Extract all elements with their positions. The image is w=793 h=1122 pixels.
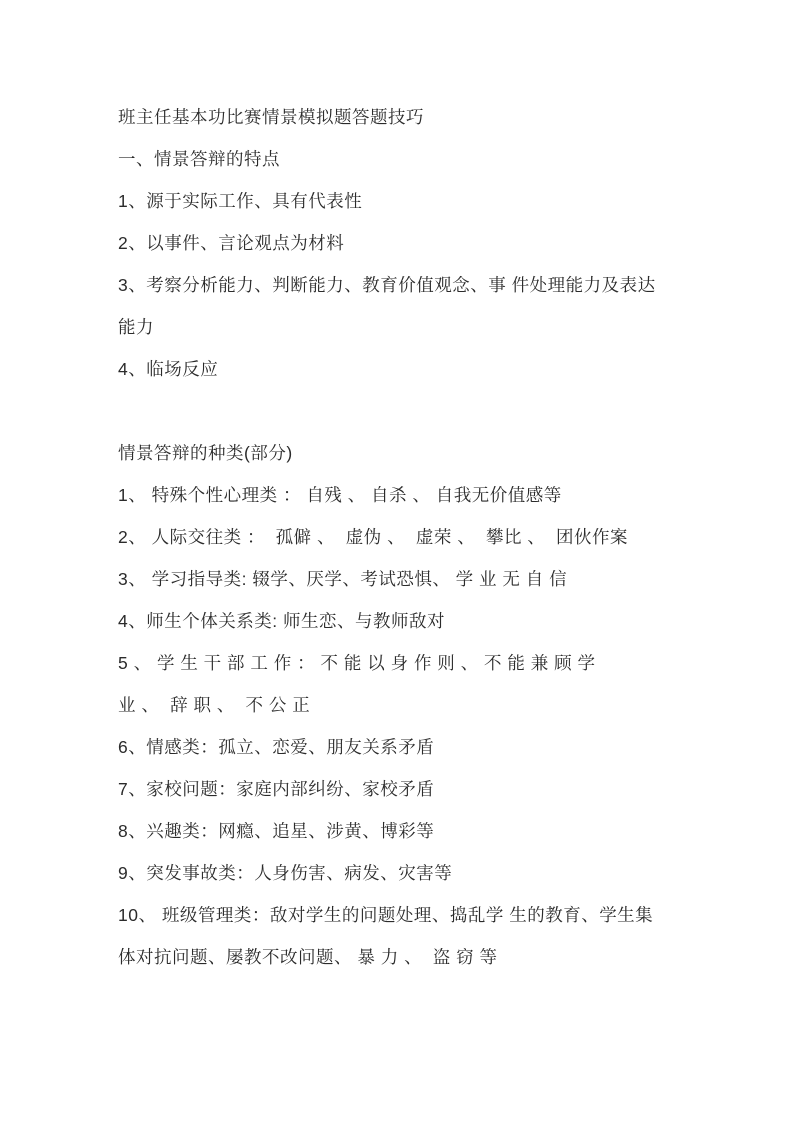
document-body: 班主任基本功比赛情景模拟题答题技巧 一、情景答辩的特点 1、源于实际工作、具有代…	[118, 96, 680, 978]
category-item-8: 8、兴趣类：网瘾、追星、涉黄、博彩等	[118, 810, 680, 852]
category-item-6: 6、情感类：孤立、恋爱、朋友关系矛盾	[118, 726, 680, 768]
category-item-1: 1、 特殊个性心理类 ： 自残 、 自杀 、 自我无价值感等	[118, 474, 680, 516]
category-item-10-continuation: 体对抗问题、屡教不改问题、 暴 力 、 盗 窃 等	[118, 936, 680, 978]
feature-item-4: 4、临场反应	[118, 348, 680, 390]
section-heading-categories: 情景答辩的种类(部分)	[118, 432, 680, 474]
section-heading-features: 一、情景答辩的特点	[118, 138, 680, 180]
category-item-4: 4、师生个体关系类: 师生恋、与教师敌对	[118, 600, 680, 642]
category-item-9: 9、突发事故类：人身伤害、病发、灾害等	[118, 852, 680, 894]
document-title: 班主任基本功比赛情景模拟题答题技巧	[118, 96, 680, 138]
category-item-10: 10、 班级管理类：敌对学生的问题处理、捣乱学 生的教育、学生集	[118, 894, 680, 936]
category-item-5-continuation: 业 、 辞 职 、 不 公 正	[118, 684, 680, 726]
category-item-5: 5 、 学 生 干 部 工 作 ： 不 能 以 身 作 则 、 不 能 兼 顾 …	[118, 642, 680, 684]
category-item-2: 2、 人际交往类 ： 孤僻 、 虚伪 、 虚荣 、 攀比 、 团伙作案	[118, 516, 680, 558]
blank-line	[118, 390, 680, 432]
category-item-7: 7、家校问题：家庭内部纠纷、家校矛盾	[118, 768, 680, 810]
document-page: 班主任基本功比赛情景模拟题答题技巧 一、情景答辩的特点 1、源于实际工作、具有代…	[0, 0, 793, 1122]
feature-item-3-continuation: 能力	[118, 306, 680, 348]
category-item-3: 3、 学习指导类: 辍学、厌学、考试恐惧、 学 业 无 自 信	[118, 558, 680, 600]
feature-item-1: 1、源于实际工作、具有代表性	[118, 180, 680, 222]
feature-item-2: 2、以事件、言论观点为材料	[118, 222, 680, 264]
feature-item-3: 3、考察分析能力、判断能力、教育价值观念、事 件处理能力及表达	[118, 264, 680, 306]
